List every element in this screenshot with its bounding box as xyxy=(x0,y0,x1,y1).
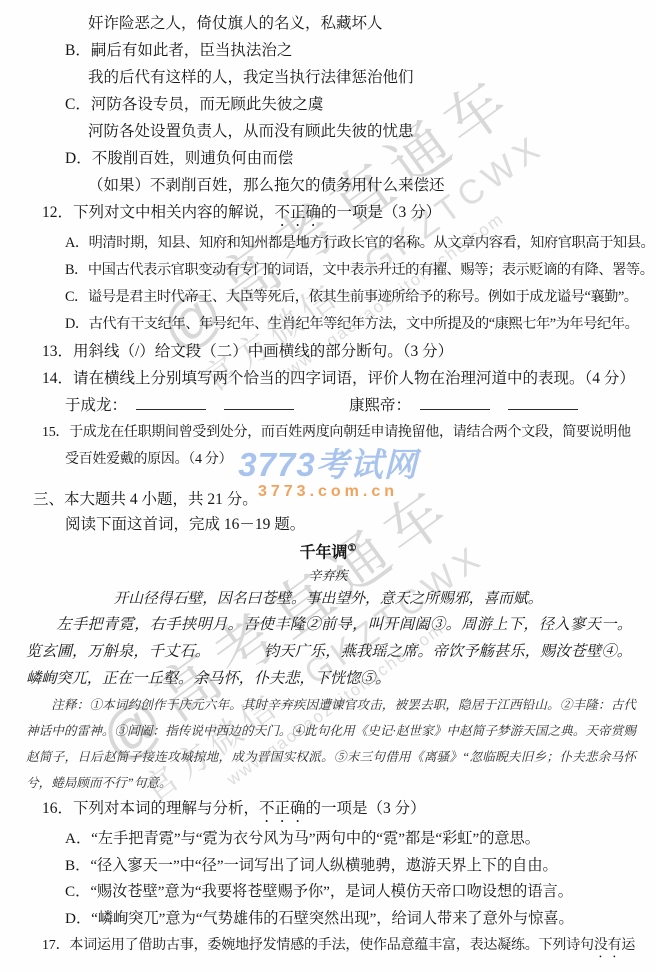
emphasized-text: 不正确 xyxy=(275,204,322,221)
choice-a-translation: 奸诈险恶之人，倚仗旗人的名义，私藏坏人 xyxy=(88,10,656,37)
question-12-number: 12． xyxy=(42,204,73,221)
choice-d-translation: （如果）不剥削百姓，那么拖欠的债务用什么来偿还 xyxy=(88,172,656,199)
question-13-stem: 13．用斜线（/）给文段（二）中画横线的部分断句。（3 分） xyxy=(42,338,656,365)
choice-b-source: B．嗣后有如此者，臣当执法治之 xyxy=(65,37,656,64)
question-16-stem: 16．下列对本词的理解与分析，不正确的一项是（3 分） xyxy=(42,796,656,826)
question-16-block: 16．下列对本词的理解与分析，不正确的一项是（3 分） A．“左手把青霓”与“霓… xyxy=(0,796,656,932)
question-16-option-d: D．“嶙峋突兀”意为“气势雄伟的石壁突然出现”，给词人带来了意外与惊喜。 xyxy=(65,906,656,933)
poem-title: 千年调① xyxy=(0,537,656,565)
q14-label-kangxi: 康熙帝： xyxy=(349,397,411,414)
question-12-option-a: A．明清时期，知县、知府和知州都是地方行政长官的名称。从文章内容看，知府官职高于… xyxy=(65,230,656,257)
question-12-option-c: C．谥号是君主时代帝王、大臣等死后，依其生前事迹所给予的称号。例如于成龙谥号“襄… xyxy=(65,284,656,311)
question-17-number: 17． xyxy=(42,938,69,953)
question-17-stem: 17．本词运用了借助古事，委婉地抒发情感的手法，使作品意蕴丰富，表达凝练。下列诗… xyxy=(42,932,656,961)
poem-body: 左手把青霓，右手挟明月。吾使丰隆②前导，叫开阊阖③。周游上下，径入寥天一。览玄圃… xyxy=(26,611,632,692)
question-12-stem: 12．下列对文中相关内容的解说，不正确的一项是（3 分） xyxy=(42,199,656,230)
section-3-header: 三、本大题共 4 小题，共 21 分。 xyxy=(33,487,656,512)
emphasized-text: 不正确 xyxy=(259,800,306,817)
poem-author: 辛弃疾 xyxy=(0,565,656,587)
question-12-option-b: B．中国古代表示官职变动有专门的词语，文中表示升迁的有擢、赐等；表示贬谪的有降、… xyxy=(65,257,656,284)
answer-blank xyxy=(136,394,206,410)
answer-blank xyxy=(224,394,294,410)
exam-content: 奸诈险恶之人，倚仗旗人的名义，私藏坏人 B．嗣后有如此者，臣当执法治之 我的后代… xyxy=(0,0,656,961)
section-gap xyxy=(0,473,656,487)
exam-page: @高考直通车 官方微信、GKZTCWX www.gaokaozhitongche… xyxy=(0,0,656,972)
poem-preface: 开山径得石壁，因名曰苍壁。事出望外，意天之所赐邪，喜而赋。 xyxy=(0,587,656,611)
section-3-intro: 阅读下面这首词，完成 16－19 题。 xyxy=(65,512,656,537)
choice-c-source: C．河防各设专员，而无顾此失彼之虞 xyxy=(65,91,656,118)
question-16-option-c: C．“赐汝苍壁”意为“我要将苍壁赐予你”，是词人模仿天帝口吻设想的语言。 xyxy=(65,879,656,906)
emphasized-text: 没有 xyxy=(594,938,622,953)
question-16-option-b: B．“径入寥天一”中“径”一词写出了词人纵横驰骋，遨游天界上下的自由。 xyxy=(65,853,656,880)
poem-title-footnote-marker: ① xyxy=(348,543,357,554)
poem-notes: 注释：①本词约创作于庆元六年。其时辛弃疾因遭谏官攻击，被罢去职，隐居于江西铅山。… xyxy=(26,692,636,796)
question-14-answer-line: 于成龙：康熙帝： xyxy=(65,392,656,419)
q14-label-yuchenglong: 于成龙： xyxy=(65,397,127,414)
question-16-option-a: A．“左手把青霓”与“霓为衣兮风为马”两句中的“霓”都是“彩虹”的意思。 xyxy=(65,826,656,853)
question-15-stem: 15．于成龙在任职期间曾受到处分，而百姓两度向朝廷申请挽留他，请结合两个文段，简… xyxy=(65,419,644,473)
answer-blank xyxy=(508,394,578,410)
choice-b-translation: 我的后代有这样的人，我定当执行法律惩治他们 xyxy=(88,64,656,91)
answer-blank xyxy=(420,394,490,410)
choice-c-translation: 河防各处设置负责人，从而没有顾此失彼的忧患 xyxy=(88,118,656,145)
question-14-stem: 14．请在横线上分别填写两个恰当的四字词语，评价人物在治理河道中的表现。（4 分… xyxy=(42,365,656,392)
choice-d-source: D．不朘削百姓，则逋负何由而偿 xyxy=(65,145,656,172)
question-16-number: 16． xyxy=(42,800,73,817)
question-12-option-d: D．古代有干支纪年、年号纪年、生肖纪年等纪年方法，文中所提及的“康熙七年”为年号… xyxy=(65,311,656,338)
